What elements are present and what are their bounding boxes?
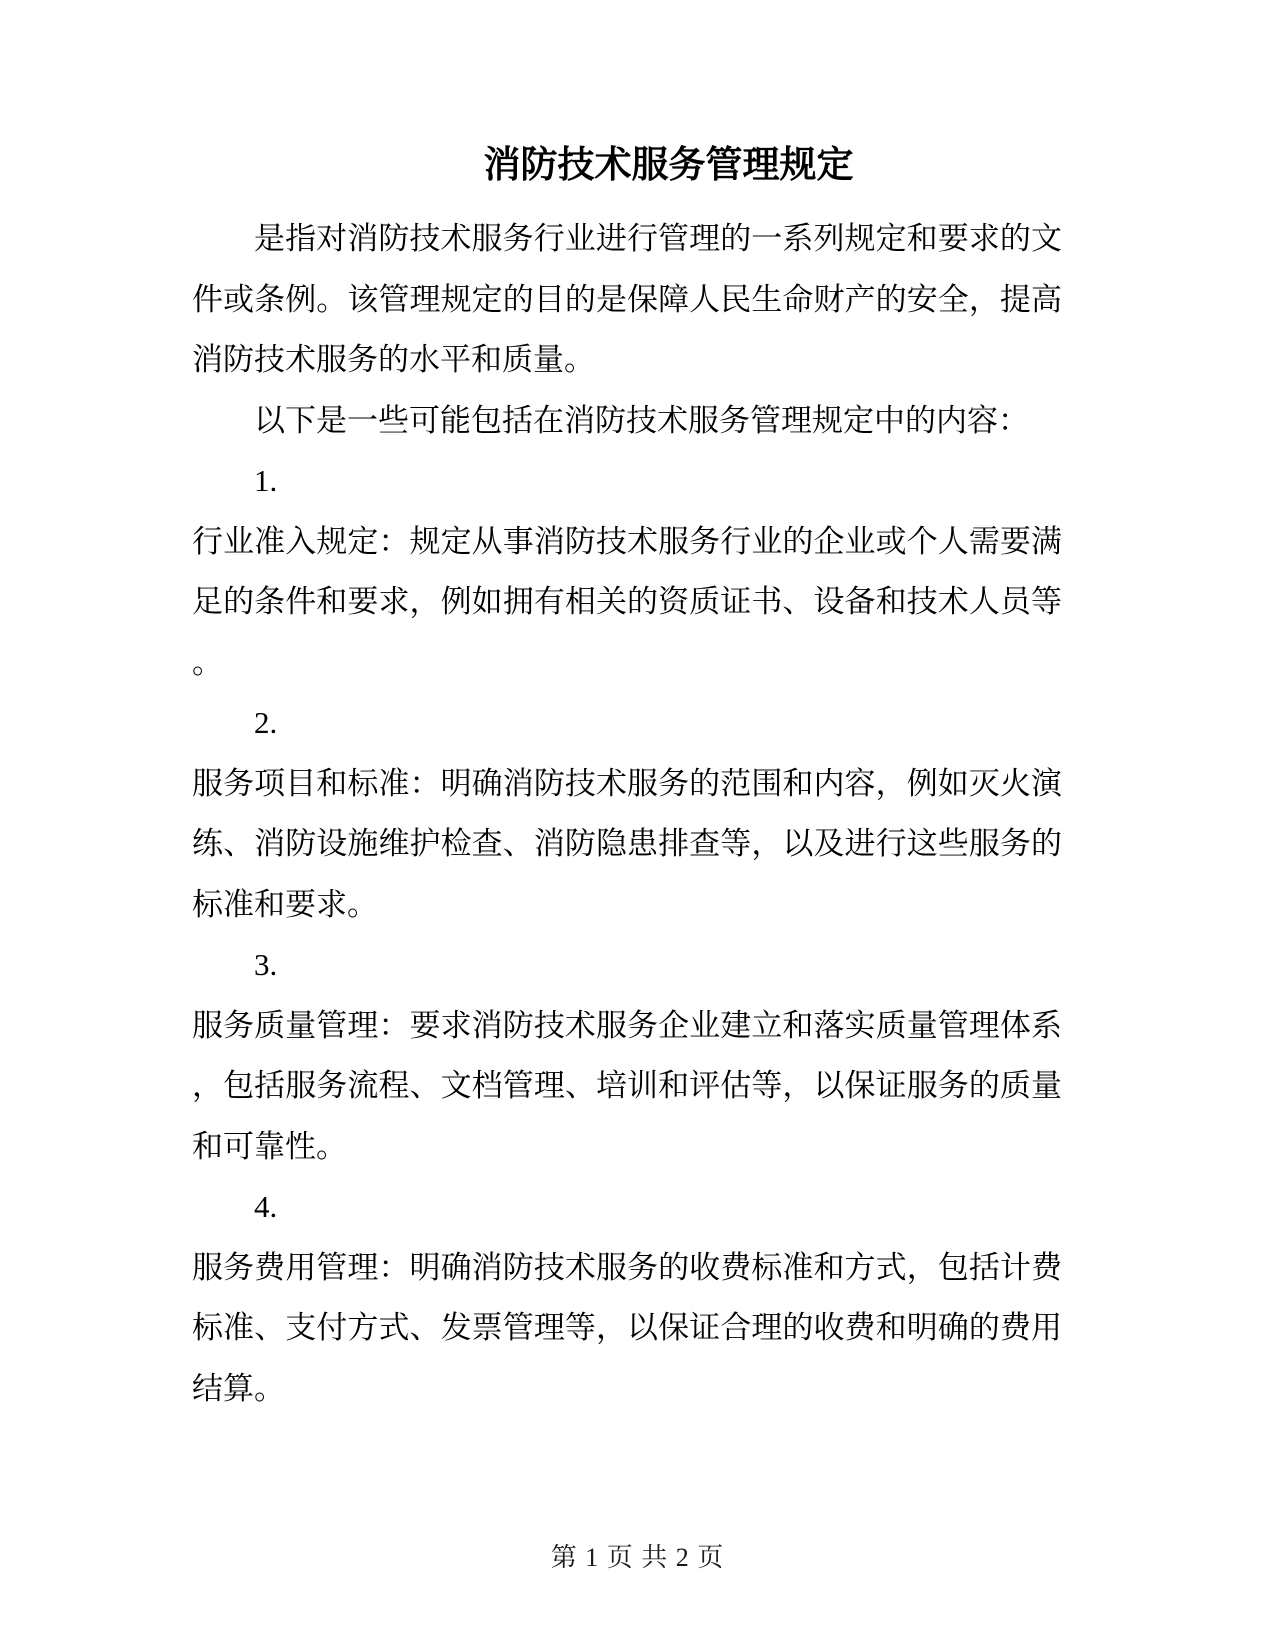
text-line: 服务项目和标准：明确消防技术服务的范围和内容，例如灭火演 [192,754,1062,815]
page-number-footer: 第 1 页 共 2 页 [0,1538,1275,1578]
document-title: 消防技术服务管理规定 [192,143,1062,189]
paragraph: 服务项目和标准：明确消防技术服务的范围和内容，例如灭火演练、消防设施维护检查、消… [192,754,1062,936]
text-line: 标准和要求。 [192,875,1062,936]
text-line: 是指对消防技术服务行业进行管理的一系列规定和要求的文 [192,209,1062,270]
text-line: 2. [192,693,1062,754]
text-line: 结算。 [192,1359,1062,1420]
paragraph: 服务质量管理：要求消防技术服务企业建立和落实质量管理体系，包括服务流程、文档管理… [192,996,1062,1178]
text-line: 1. [192,451,1062,512]
paragraph: 以下是一些可能包括在消防技术服务管理规定中的内容： [192,391,1062,452]
paragraph: 2. [192,693,1062,754]
text-line: 标准、支付方式、发票管理等，以保证合理的收费和明确的费用 [192,1298,1062,1359]
text-line: 。 [192,633,1062,694]
paragraph: 服务费用管理：明确消防技术服务的收费标准和方式，包括计费标准、支付方式、发票管理… [192,1238,1062,1420]
text-line: 以下是一些可能包括在消防技术服务管理规定中的内容： [192,391,1062,452]
text-line: 练、消防设施维护检查、消防隐患排查等，以及进行这些服务的 [192,814,1062,875]
paragraph: 行业准入规定：规定从事消防技术服务行业的企业或个人需要满足的条件和要求，例如拥有… [192,512,1062,694]
text-line: 4. [192,1177,1062,1238]
text-line: 足的条件和要求，例如拥有相关的资质证书、设备和技术人员等 [192,572,1062,633]
text-line: 服务费用管理：明确消防技术服务的收费标准和方式，包括计费 [192,1238,1062,1299]
text-line: 服务质量管理：要求消防技术服务企业建立和落实质量管理体系 [192,996,1062,1057]
text-line: 消防技术服务的水平和质量。 [192,330,1062,391]
text-line: 行业准入规定：规定从事消防技术服务行业的企业或个人需要满 [192,512,1062,573]
paragraph: 3. [192,935,1062,996]
text-line: 3. [192,935,1062,996]
document-body: 是指对消防技术服务行业进行管理的一系列规定和要求的文件或条例。该管理规定的目的是… [192,209,1062,1419]
paragraph: 是指对消防技术服务行业进行管理的一系列规定和要求的文件或条例。该管理规定的目的是… [192,209,1062,391]
paragraph: 4. [192,1177,1062,1238]
text-line: 和可靠性。 [192,1117,1062,1178]
text-line: 件或条例。该管理规定的目的是保障人民生命财产的安全，提高 [192,270,1062,331]
text-line: ，包括服务流程、文档管理、培训和评估等，以保证服务的质量 [192,1056,1062,1117]
document-page: 消防技术服务管理规定 是指对消防技术服务行业进行管理的一系列规定和要求的文件或条… [0,0,1275,1650]
paragraph: 1. [192,451,1062,512]
